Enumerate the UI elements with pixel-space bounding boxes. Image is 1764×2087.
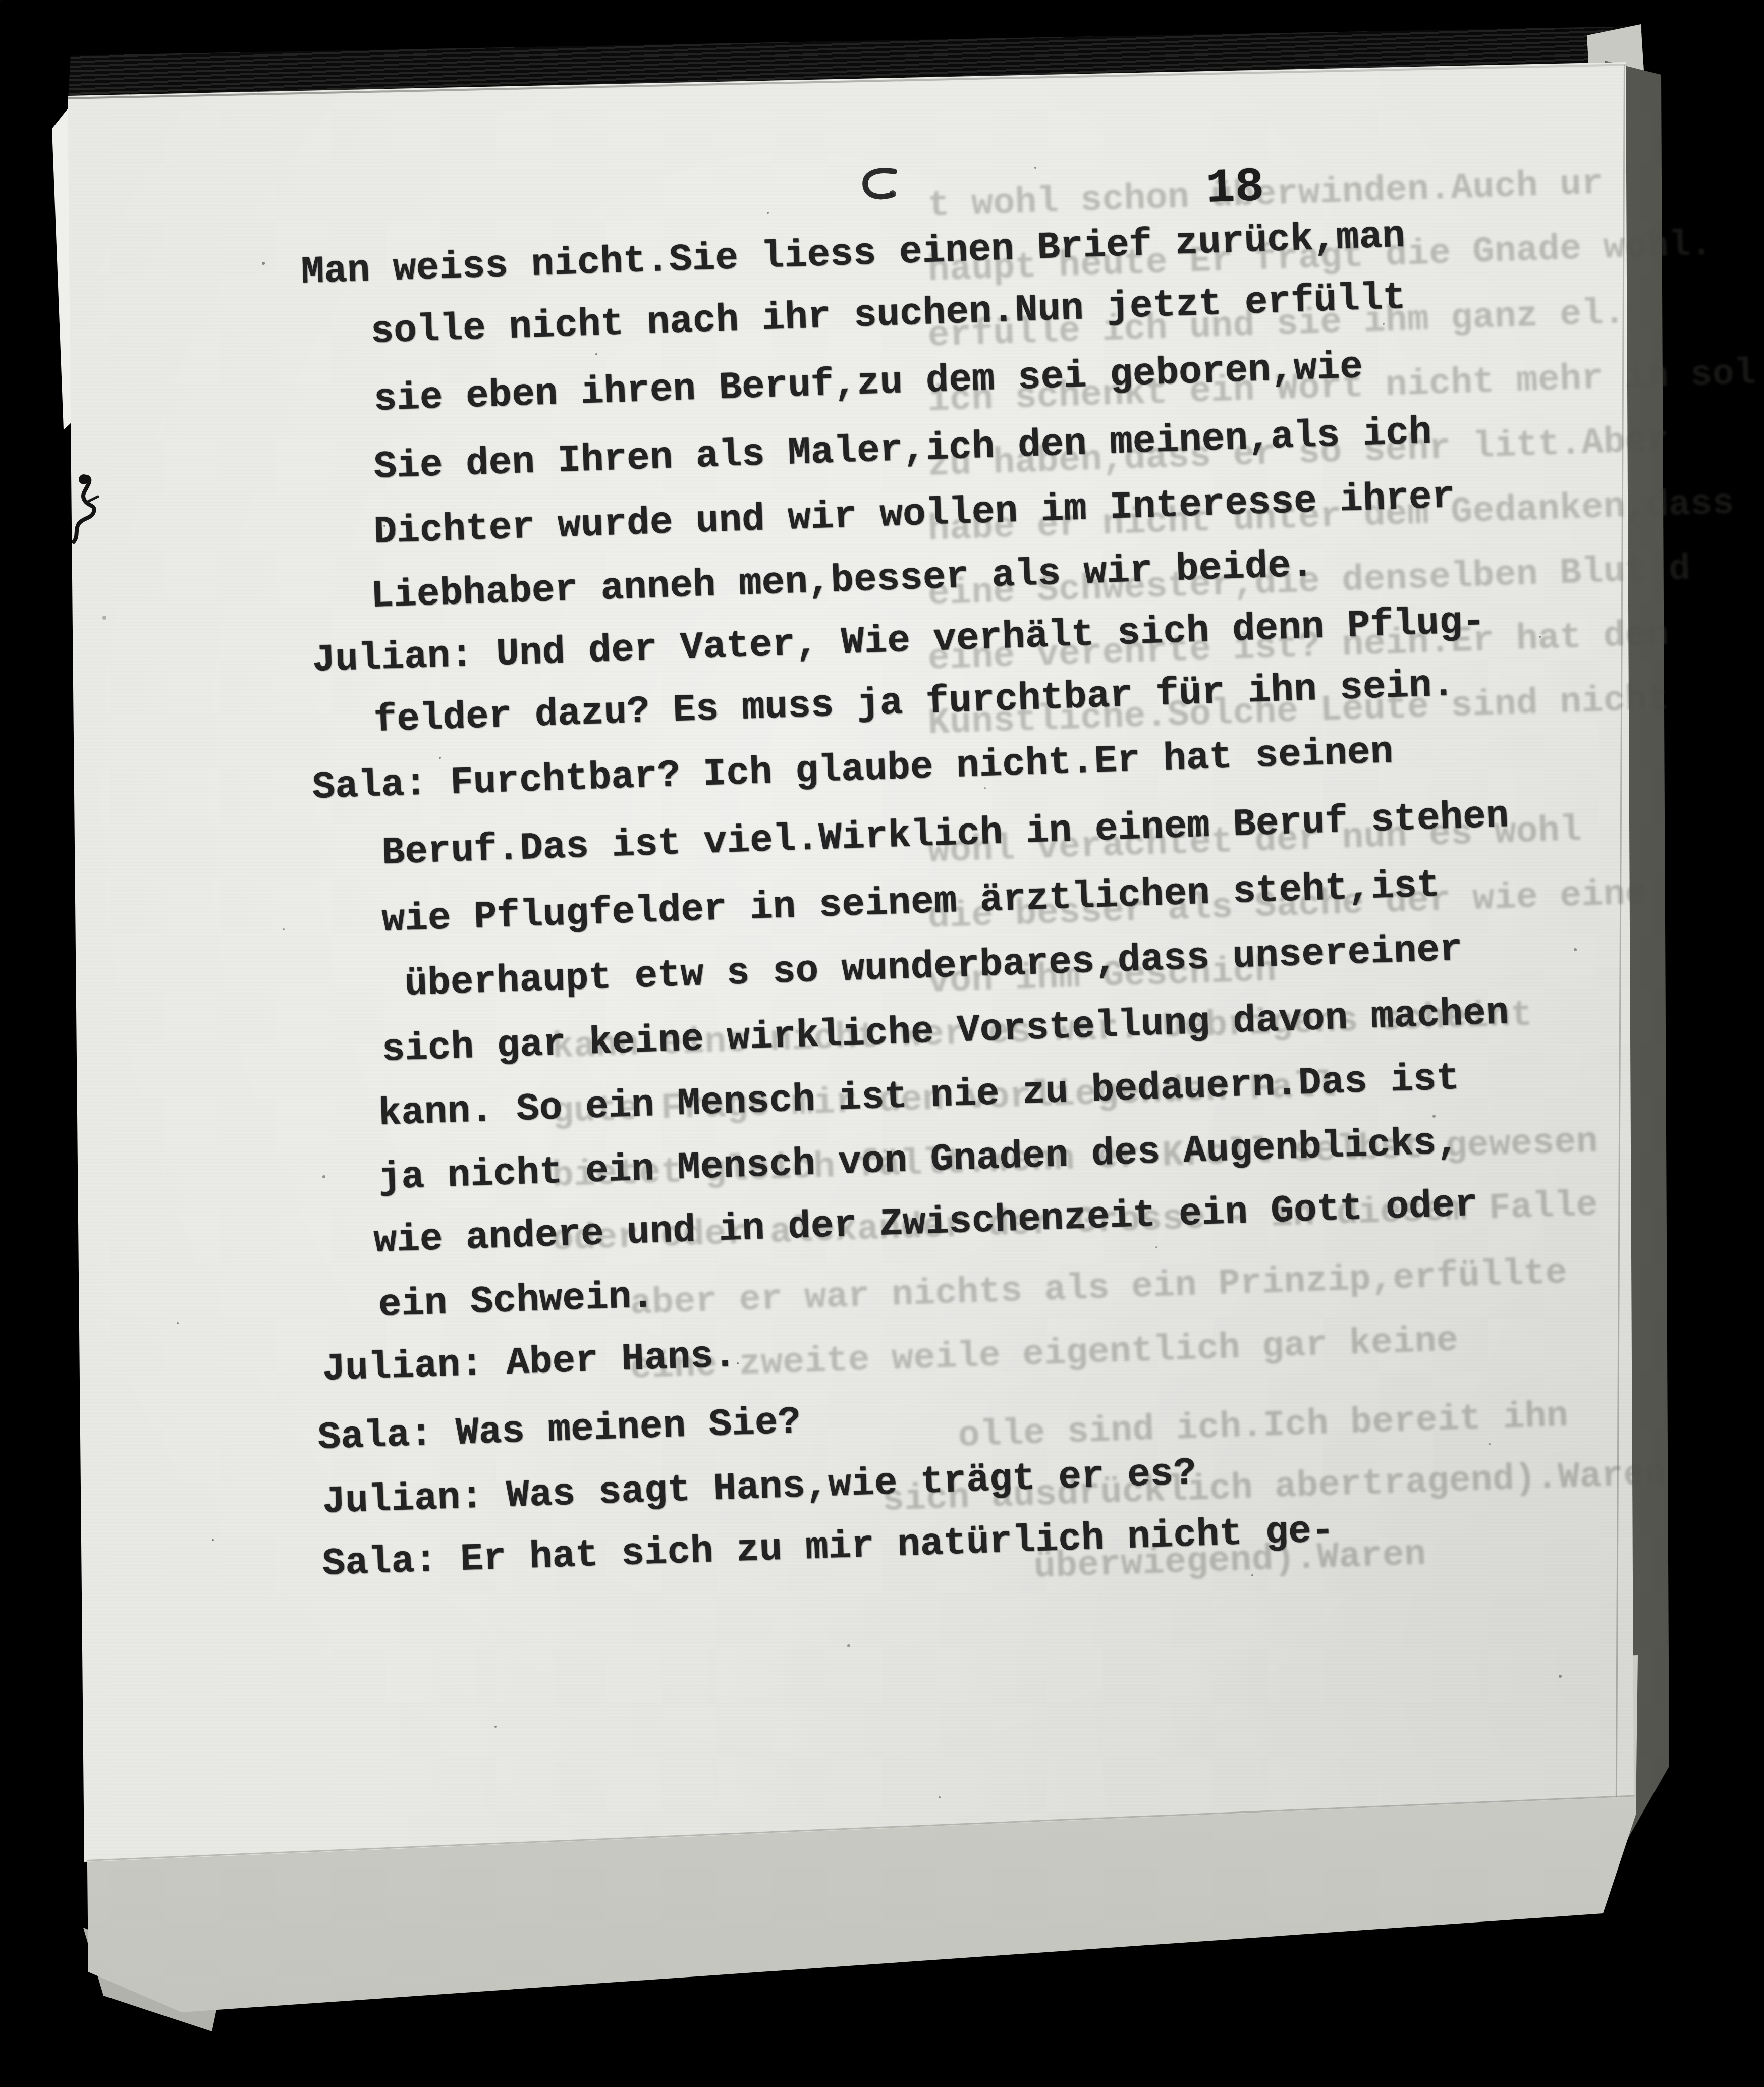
typed-line: Beruf.Das ist viel.Wirklich in einem Ber… (381, 797, 1509, 872)
typed-line: sie eben ihren Beruf,zu dem sei geboren,… (373, 348, 1363, 419)
typed-line: kann. So ein Mensch ist nie zu bedauern.… (377, 1059, 1460, 1133)
dust-speckles (0, 0, 2, 2)
typed-text-block: Man weiss nicht.Sie liess einen Brief zu… (0, 0, 1764, 2087)
typed-line: solle nicht nach ihr suchen.Nun jetzt er… (370, 279, 1406, 351)
typed-line: wie Pflugfelder in seinem ärztlichen ste… (381, 866, 1440, 940)
typed-line: Dichter wurde und wir wollen im Interess… (373, 477, 1455, 552)
typed-line: felder dazu? Es muss ja furchtbar für ih… (373, 666, 1455, 740)
typed-line: Sie den Ihren als Maler,ich den meinen,a… (373, 413, 1432, 486)
typed-line: wie andere und in der Zwischenzeit ein G… (373, 1185, 1478, 1260)
typed-line: Sala: Furchtbar? Ich glaube nicht.Er hat… (311, 733, 1394, 807)
scanned-document: t wohl schon überwinden.Auch urhaupt heu… (0, 0, 1764, 2087)
ink-mark (59, 474, 114, 555)
typed-line: Sala: Er hat sich zu mir natürlich nicht… (321, 1512, 1335, 1583)
typed-line: ja nicht ein Mensch von Gnaden des Augen… (377, 1123, 1460, 1197)
typed-line: Julian: Aber Hans. (321, 1337, 737, 1389)
typed-line: überhaupt etw s so wunderbares,dass unse… (404, 930, 1463, 1004)
typed-line: Sala: Was meinen Sie? (317, 1403, 801, 1457)
typed-line: Man weiss nicht.Sie liess einen Brief zu… (300, 216, 1405, 292)
typed-line: Liebhaber anneh men,besser als wir beide… (370, 546, 1314, 616)
punch-hole-mark (859, 164, 908, 204)
typed-line: ein Schwein. (377, 1277, 655, 1325)
typed-line: Julian: Was sagt Hans,wie trägt er es? (321, 1454, 1197, 1521)
page-number: 18 (1205, 159, 1265, 216)
typed-line: sich gar keine wirkliche Vorstellung dav… (381, 994, 1509, 1069)
